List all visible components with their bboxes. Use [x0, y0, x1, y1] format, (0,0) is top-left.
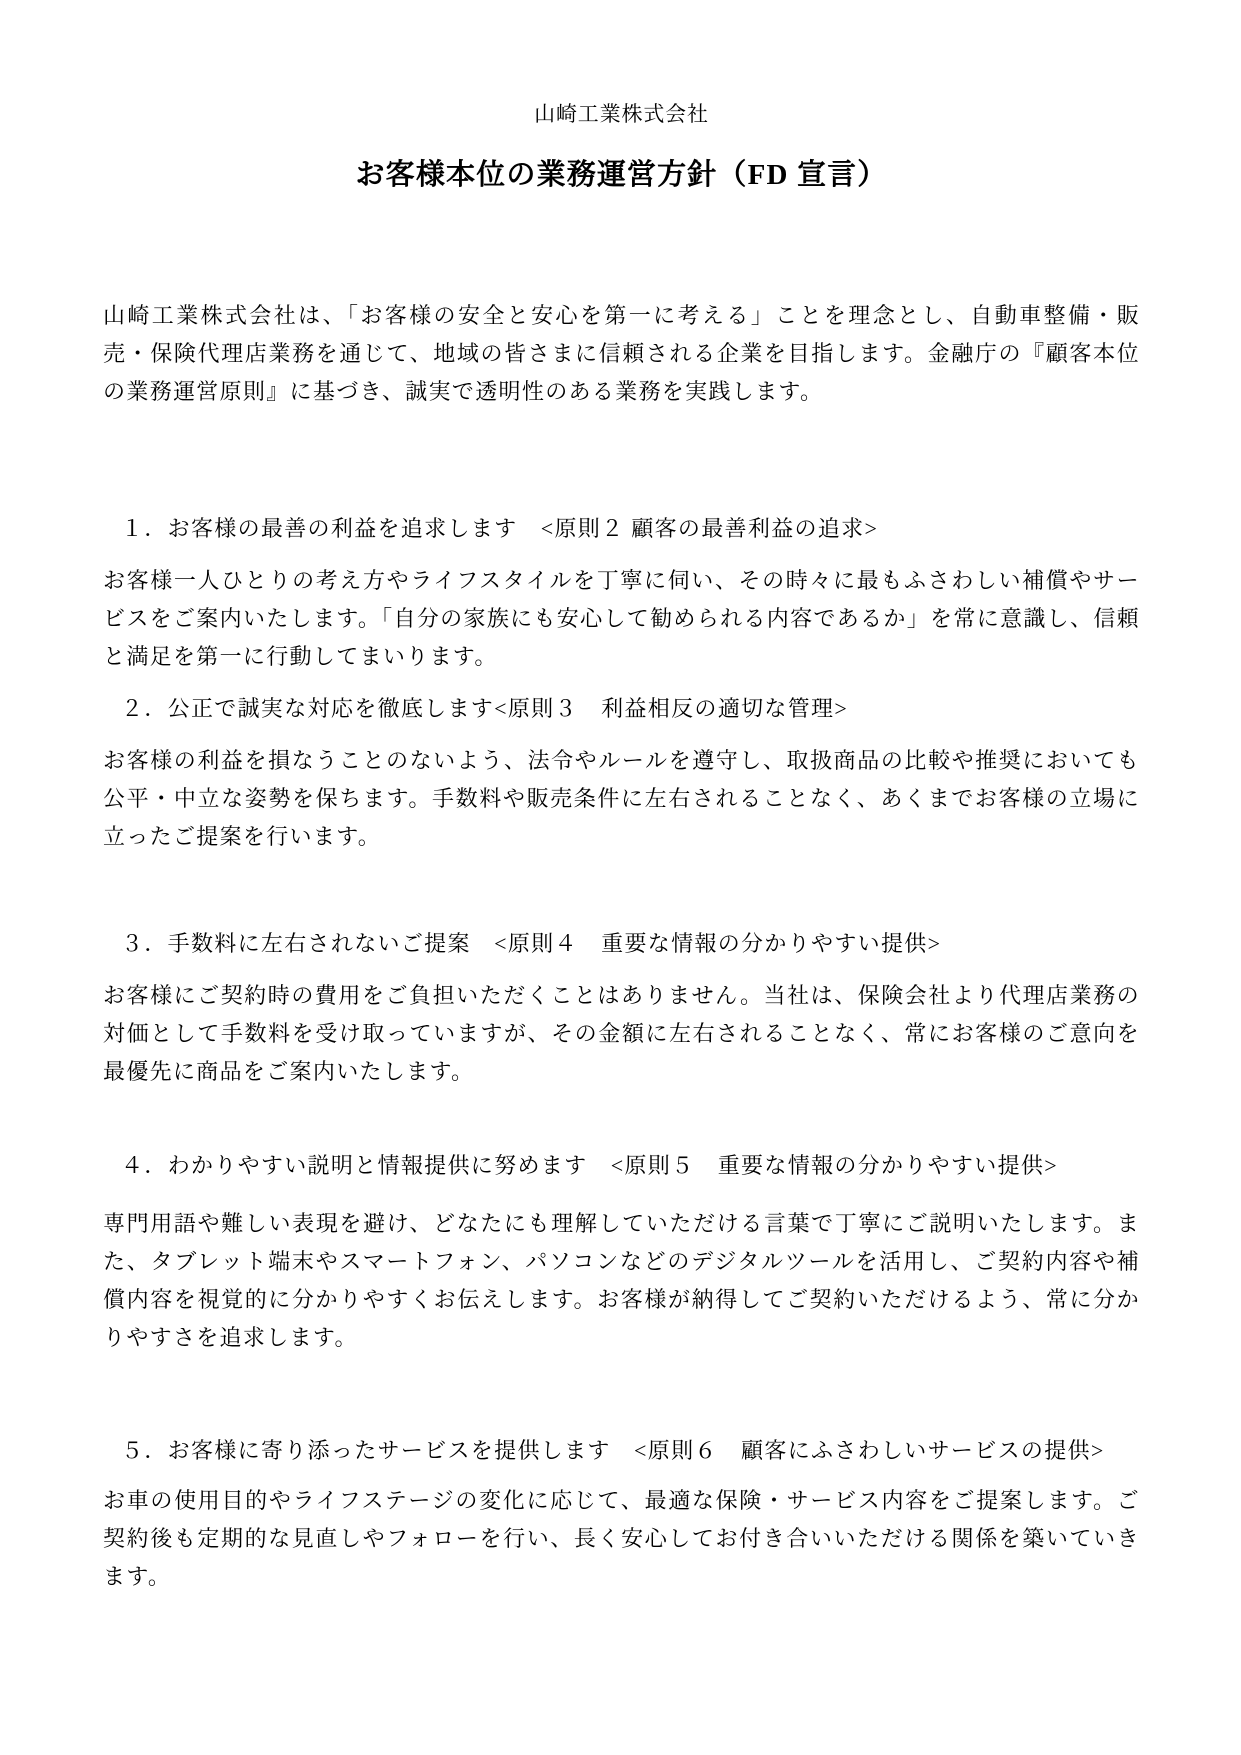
section-3-paragraph: お客様にご契約時の費用をご負担いただくことはありません。当社は、保険会社より代理… [103, 977, 1140, 1091]
section-5-paragraph: お車の使用目的やライフステージの変化に応じて、最適な保険・サービス内容をご提案し… [103, 1482, 1140, 1596]
section-4: ４．わかりやすい説明と情報提供に努めます <原則５ 重要な情報の分かりやすい提供… [103, 1147, 1140, 1357]
section-4-heading: ４．わかりやすい説明と情報提供に努めます <原則５ 重要な情報の分かりやすい提供… [103, 1147, 1140, 1185]
section-1-heading: １．お客様の最善の利益を追求します <原則２ 顧客の最善利益の追求> [103, 510, 1140, 548]
intro-paragraph: 山崎工業株式会社は、「お客様の安全と安心を第一に考える」ことを理念とし、自動車整… [103, 297, 1140, 411]
section-2-heading: ２．公正で誠実な対応を徹底します<原則３ 利益相反の適切な管理> [103, 690, 1140, 728]
document-page: 山崎工業株式会社 お客様本位の業務運営方針（FD 宣言） 山崎工業株式会社は、「… [0, 0, 1241, 1755]
section-2: ２．公正で誠実な対応を徹底します<原則３ 利益相反の適切な管理> お客様の利益を… [103, 690, 1140, 856]
document-title: お客様本位の業務運営方針（FD 宣言） [103, 154, 1140, 196]
section-4-paragraph: 専門用語や難しい表現を避け、どなたにも理解していただける言葉で丁寧にご説明いたし… [103, 1205, 1140, 1357]
company-name: 山崎工業株式会社 [103, 100, 1140, 128]
section-2-paragraph: お客様の利益を損なうことのないよう、法令やルールを遵守し、取扱商品の比較や推奨に… [103, 742, 1140, 856]
section-5-heading: ５．お客様に寄り添ったサービスを提供します <原則６ 顧客にふさわしいサービスの… [103, 1432, 1140, 1470]
section-5: ５．お客様に寄り添ったサービスを提供します <原則６ 顧客にふさわしいサービスの… [103, 1432, 1140, 1596]
section-1-paragraph: お客様一人ひとりの考え方やライフスタイルを丁寧に伺い、その時々に最もふさわしい補… [103, 562, 1140, 676]
section-3-heading: ３．手数料に左右されないご提案 <原則４ 重要な情報の分かりやすい提供> [103, 925, 1140, 963]
section-3: ３．手数料に左右されないご提案 <原則４ 重要な情報の分かりやすい提供> お客様… [103, 925, 1140, 1091]
section-1: １．お客様の最善の利益を追求します <原則２ 顧客の最善利益の追求> お客様一人… [103, 510, 1140, 676]
